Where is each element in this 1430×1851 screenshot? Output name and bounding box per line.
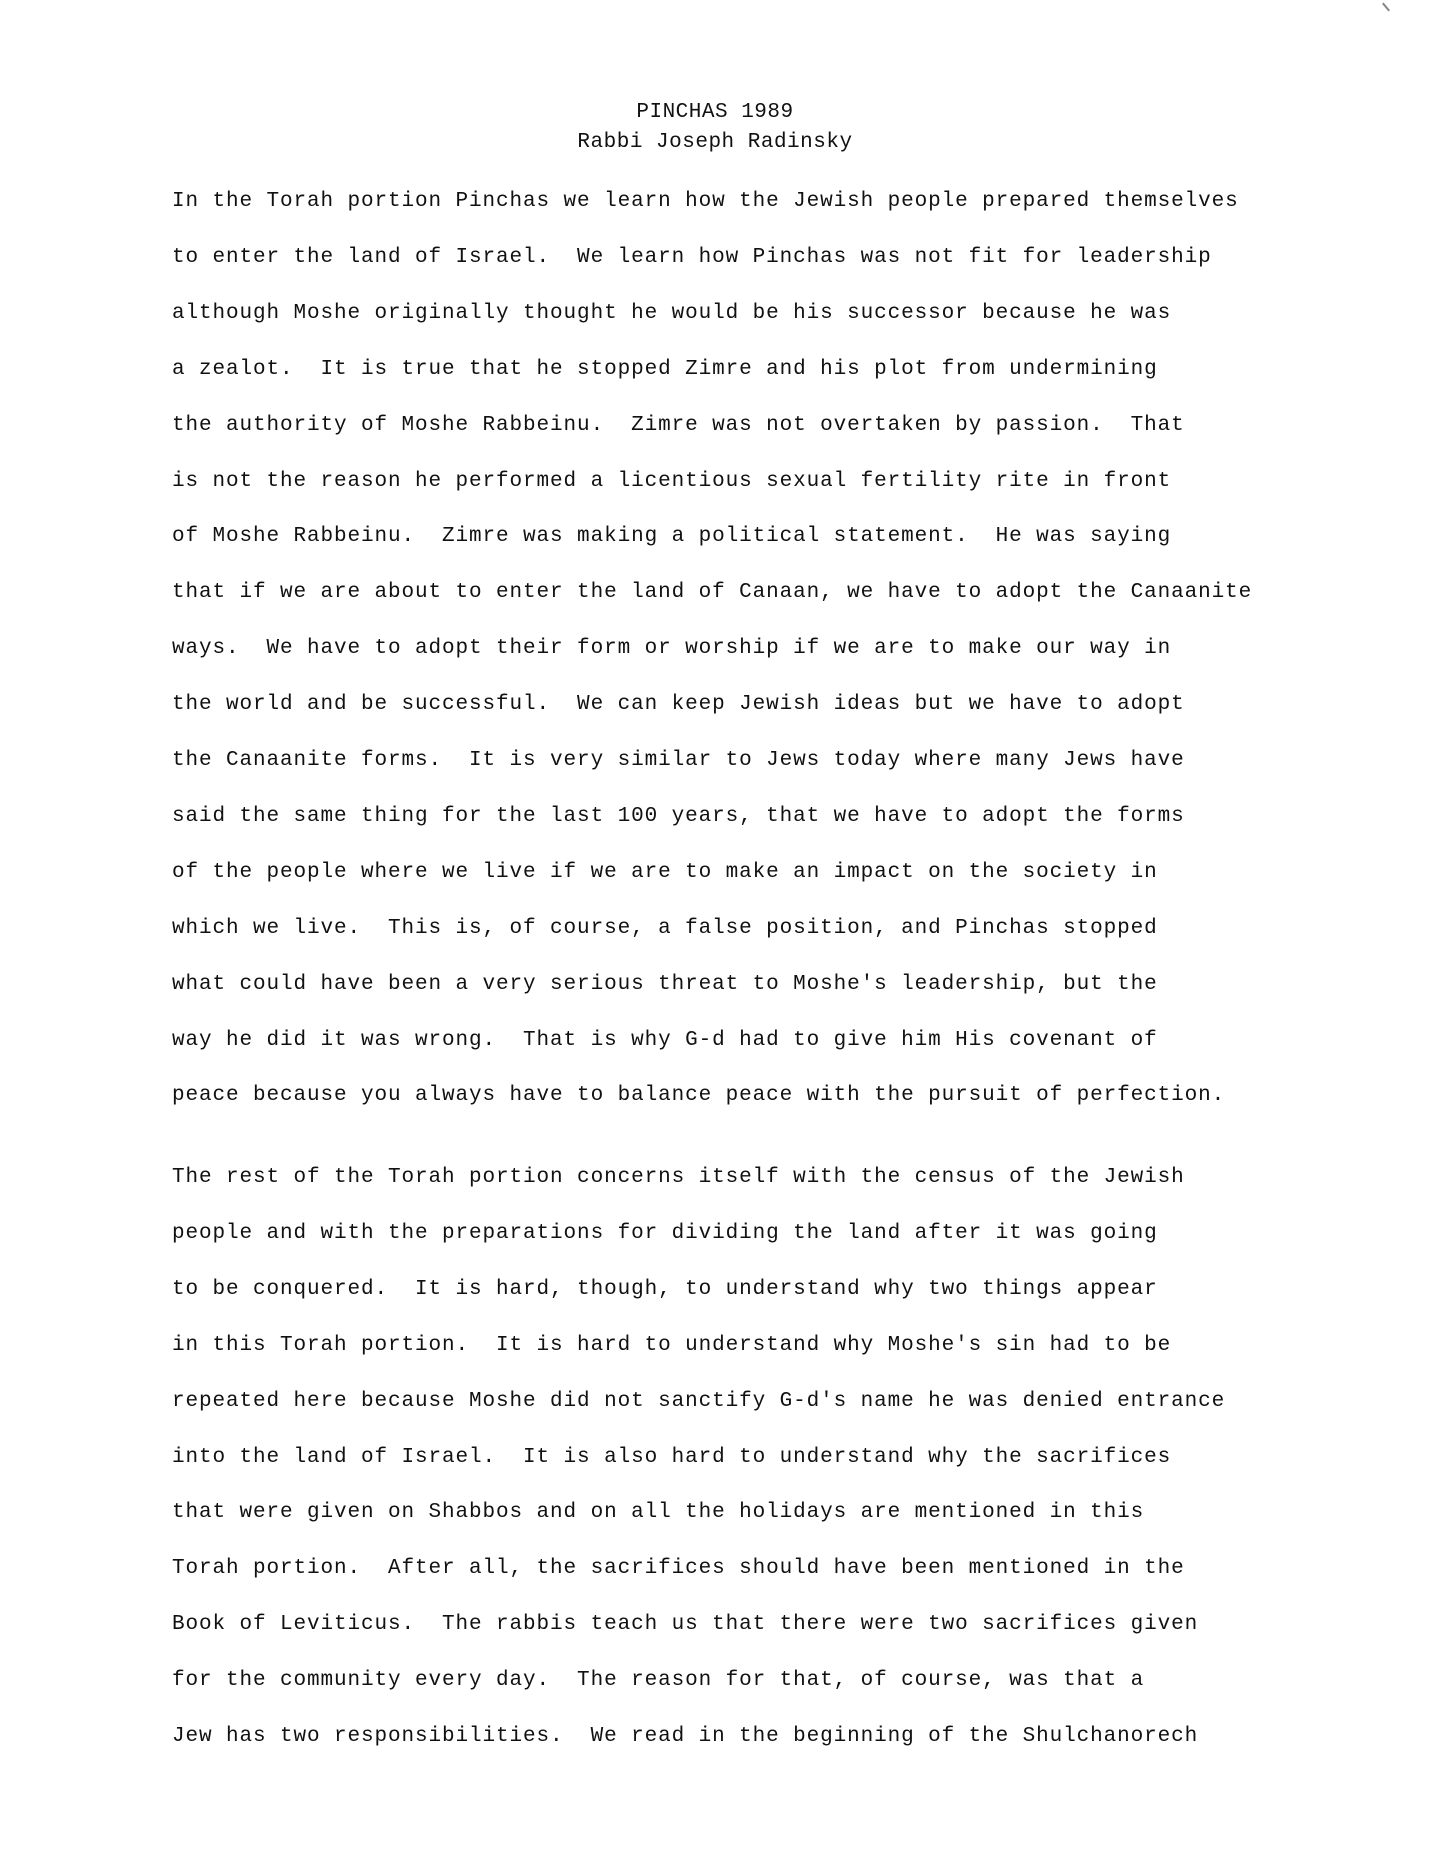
text-line: to be conquered. It is hard, though, to … xyxy=(172,1278,1158,1302)
text-line: repeated here because Moshe did not sanc… xyxy=(172,1390,1225,1414)
text-line: a zealot. It is true that he stopped Zim… xyxy=(172,358,1158,382)
text-line: ways. We have to adopt their form or wor… xyxy=(172,637,1171,661)
text-line: of Moshe Rabbeinu. Zimre was making a po… xyxy=(172,525,1171,549)
text-line: the world and be successful. We can keep… xyxy=(172,693,1185,717)
text-line: into the land of Israel. It is also hard… xyxy=(172,1446,1171,1470)
document-page: PINCHAS 1989 Rabbi Joseph Radinsky In th… xyxy=(0,0,1430,1851)
text-line: which we live. This is, of course, a fal… xyxy=(172,917,1158,941)
text-line: said the same thing for the last 100 yea… xyxy=(172,805,1185,829)
text-line: The rest of the Torah portion concerns i… xyxy=(172,1166,1185,1190)
text-line: peace because you always have to balance… xyxy=(172,1084,1225,1108)
text-line: way he did it was wrong. That is why G-d… xyxy=(172,1029,1158,1053)
text-line: although Moshe originally thought he wou… xyxy=(172,302,1171,326)
text-line: is not the reason he performed a licenti… xyxy=(172,470,1171,494)
text-line: Book of Leviticus. The rabbis teach us t… xyxy=(172,1613,1198,1637)
text-line: the authority of Moshe Rabbeinu. Zimre w… xyxy=(172,414,1185,438)
text-line: of the people where we live if we are to… xyxy=(172,861,1158,885)
text-line: what could have been a very serious thre… xyxy=(172,973,1158,997)
scan-artifact-mark xyxy=(1382,3,1390,12)
text-line: Torah portion. After all, the sacrifices… xyxy=(172,1557,1185,1581)
text-line: people and with the preparations for div… xyxy=(172,1222,1158,1246)
text-line: to enter the land of Israel. We learn ho… xyxy=(172,246,1212,270)
text-line: Jew has two responsibilities. We read in… xyxy=(172,1725,1198,1749)
text-line: in this Torah portion. It is hard to und… xyxy=(172,1334,1171,1358)
text-line: that if we are about to enter the land o… xyxy=(172,581,1252,605)
document-title: PINCHAS 1989 xyxy=(0,101,1430,124)
text-line: the Canaanite forms. It is very similar … xyxy=(172,749,1185,773)
text-line: that were given on Shabbos and on all th… xyxy=(172,1501,1144,1525)
text-line: for the community every day. The reason … xyxy=(172,1669,1144,1693)
text-line: In the Torah portion Pinchas we learn ho… xyxy=(172,190,1239,214)
document-author: Rabbi Joseph Radinsky xyxy=(0,131,1430,154)
